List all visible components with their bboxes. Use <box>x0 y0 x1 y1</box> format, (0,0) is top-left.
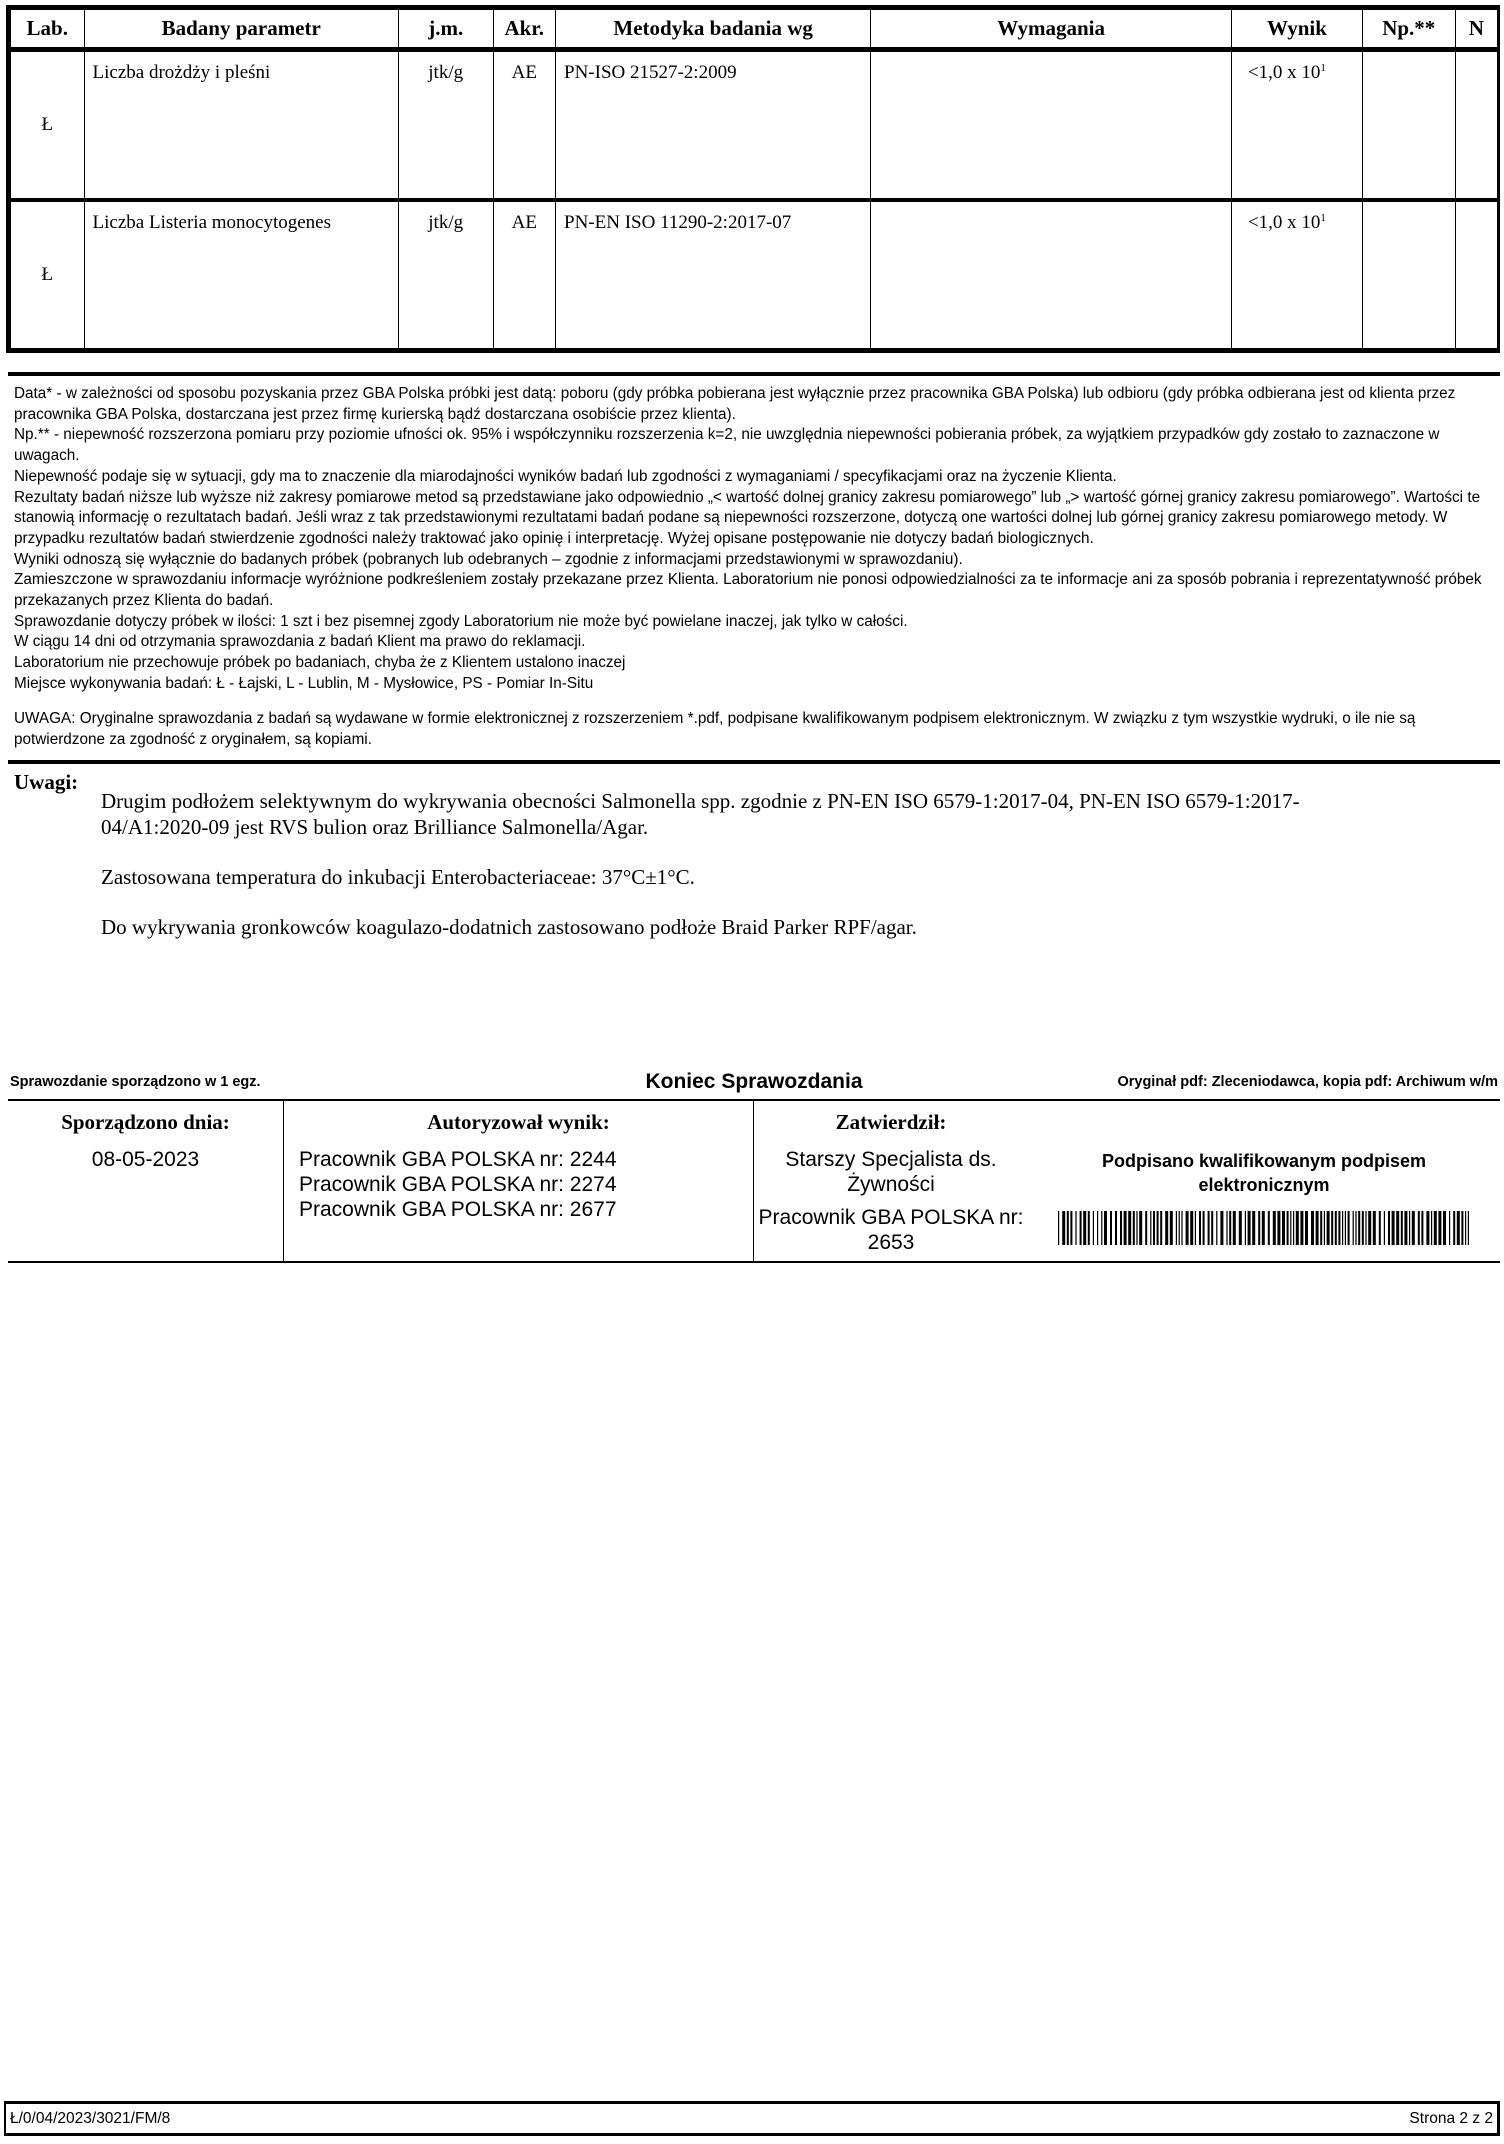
distribution-note: Oryginał pdf: Zleceniodawca, kopia pdf: … <box>1117 1074 1498 1090</box>
cell-method: PN-EN ISO 11290-2:2017-07 <box>556 200 871 351</box>
page-number: Strona 2 z 2 <box>1409 2110 1493 2128</box>
electronic-signature-column: Podpisano kwalifikowanym podpisem elektr… <box>1028 1101 1500 1261</box>
prepared-date-column: Sporządzono dnia: 08-05-2023 <box>8 1101 283 1261</box>
barcode-icon <box>1058 1211 1470 1245</box>
original-report-warning: UWAGA: Oryginalne sprawozdania z badań s… <box>14 709 1494 750</box>
cell-unit: jtk/g <box>398 200 493 351</box>
approved-label: Zatwierdził: <box>754 1110 1028 1135</box>
approved-column: Zatwierdził: Starszy Specjalista ds. Żyw… <box>753 1101 1028 1261</box>
header-requirements: Wymagania <box>871 8 1232 50</box>
note-uncertainty-definition: Np.** - niepewność rozszerzona pomiaru p… <box>14 425 1494 466</box>
page-footer: Ł/0/04/2023/3021/FM/8 Strona 2 z 2 <box>4 2101 1500 2136</box>
signature-table: Sporządzono dnia: 08-05-2023 Autoryzował… <box>8 1099 1500 1263</box>
note-sample-storage: Laboratorium nie przechowuje próbek po b… <box>14 653 1494 674</box>
cell-n <box>1455 50 1498 201</box>
cell-uncertainty <box>1362 50 1455 201</box>
cell-result: <1,0 x 101 <box>1231 200 1362 351</box>
notes-section: Data* - w zależności od sposobu pozyskan… <box>14 384 1494 695</box>
authorized-person: Pracownik GBA POLSKA nr: 2274 <box>299 1172 753 1197</box>
cell-parameter: Liczba Listeria monocytogenes <box>84 200 398 351</box>
cell-unit: jtk/g <box>398 50 493 201</box>
result-base: <1,0 x 10 <box>1248 62 1320 83</box>
document-id: Ł/0/04/2023/3021/FM/8 <box>10 2110 170 2128</box>
cell-method: PN-ISO 21527-2:2009 <box>556 50 871 201</box>
note-date-definition: Data* - w zależności od sposobu pozyskan… <box>14 384 1494 425</box>
cell-n <box>1455 200 1498 351</box>
cell-lab: Ł <box>9 200 85 351</box>
closing-strip: Sprawozdanie sporządzono w 1 egz. Koniec… <box>10 1070 1498 1094</box>
note-results-scope: Wyniki odnoszą się wyłącznie do badanych… <box>14 550 1494 571</box>
remark-item: Drugim podłożem selektywnym do wykrywani… <box>101 788 1391 840</box>
authorized-label: Autoryzował wynik: <box>284 1110 753 1135</box>
header-accreditation: Akr. <box>493 8 555 50</box>
cell-parameter: Liczba drożdży i pleśni <box>84 50 398 201</box>
note-test-locations: Miejsce wykonywania badań: Ł - Łajski, L… <box>14 674 1494 695</box>
results-table: Lab. Badany parametr j.m. Akr. Metodyka … <box>6 5 1500 353</box>
authorized-person: Pracownik GBA POLSKA nr: 2244 <box>299 1147 753 1172</box>
remarks-top-divider <box>8 760 1500 764</box>
note-complaints: W ciągu 14 dni od otrzymania sprawozdani… <box>14 632 1494 653</box>
result-base: <1,0 x 10 <box>1248 212 1320 233</box>
authorized-person: Pracownik GBA POLSKA nr: 2677 <box>299 1197 753 1222</box>
table-row: Ł Liczba Listeria monocytogenes jtk/g AE… <box>9 200 1499 351</box>
note-measurement-range: Rezultaty badań niższe lub wyższe niż za… <box>14 488 1494 550</box>
note-client-info: Zamieszczone w sprawozdaniu informacje w… <box>14 570 1494 611</box>
header-parameter: Badany parametr <box>84 8 398 50</box>
result-exponent: 1 <box>1320 62 1326 74</box>
remarks-section: Drugim podłożem selektywnym do wykrywani… <box>101 788 1391 964</box>
approved-role: Starszy Specjalista ds. Żywności <box>754 1147 1028 1197</box>
cell-lab: Ł <box>9 50 85 201</box>
electronic-signature-text: Podpisano kwalifikowanym podpisem elektr… <box>1028 1149 1500 1197</box>
header-uncertainty: Np.** <box>1362 8 1455 50</box>
prepared-date-value: 08-05-2023 <box>8 1147 283 1172</box>
cell-accreditation: AE <box>493 200 555 351</box>
authorized-list: Pracownik GBA POLSKA nr: 2244 Pracownik … <box>284 1147 753 1222</box>
cell-requirements <box>871 200 1232 351</box>
table-header-row: Lab. Badany parametr j.m. Akr. Metodyka … <box>9 8 1499 50</box>
note-sample-count: Sprawozdanie dotyczy próbek w ilości: 1 … <box>14 612 1494 633</box>
remark-item: Do wykrywania gronkowców koagulazo-dodat… <box>101 914 1391 940</box>
approved-person: Pracownik GBA POLSKA nr: 2653 <box>754 1205 1028 1255</box>
prepared-date-label: Sporządzono dnia: <box>8 1110 283 1135</box>
cell-accreditation: AE <box>493 50 555 201</box>
remark-item: Zastosowana temperatura do inkubacji Ent… <box>101 864 1391 890</box>
note-uncertainty-reporting: Niepewność podaje się w sytuacji, gdy ma… <box>14 467 1494 488</box>
header-method: Metodyka badania wg <box>556 8 871 50</box>
header-result: Wynik <box>1231 8 1362 50</box>
header-lab: Lab. <box>9 8 85 50</box>
cell-result: <1,0 x 101 <box>1231 50 1362 201</box>
cell-uncertainty <box>1362 200 1455 351</box>
authorized-column: Autoryzował wynik: Pracownik GBA POLSKA … <box>283 1101 753 1261</box>
result-exponent: 1 <box>1320 212 1326 224</box>
notes-top-divider <box>8 372 1500 376</box>
header-unit: j.m. <box>398 8 493 50</box>
header-n: N <box>1455 8 1498 50</box>
cell-requirements <box>871 50 1232 201</box>
remarks-label: Uwagi: <box>14 770 78 795</box>
table-row: Ł Liczba drożdży i pleśni jtk/g AE PN-IS… <box>9 50 1499 201</box>
